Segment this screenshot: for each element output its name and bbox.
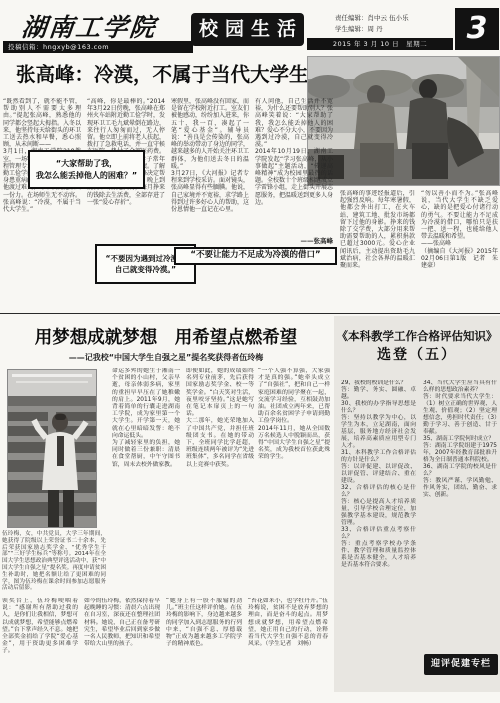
photo-student-in-lecture-hall-art (8, 370, 96, 527)
article2-lower-column-4: “苔花如米小，也学牡丹开。”伍玲梅说，贫困不是放弃梦想的理由，而是奋斗的起点。用… (248, 598, 328, 698)
submission-email-bar: 投稿信箱：hngxyb@163.com (3, 41, 193, 53)
article2-upper-column-3: “一个人强不算强，大家强才是真的强。”她牵头成立了“自强社”，把和自己一样家庭困… (258, 368, 330, 592)
article1-column-5: 张高峰的事迹经报道后，引起强烈反响。每年寒暑假，他都会外出打工，在火车站、建筑工… (340, 190, 415, 310)
panel-title-line2: 选登（五） (334, 344, 500, 364)
photo-student-in-lecture-hall (8, 370, 96, 527)
photo-two-men-by-lake (308, 57, 499, 185)
section-divider-line (0, 313, 500, 314)
article1-headline: 张高峰：冷漠，不属于当代大学生 (16, 59, 308, 87)
panel-qa-column-1: 29、我校的校训是什么？ 答：勤学、务实、圆融、卓越。 30、我校的办学指导思想… (341, 380, 416, 680)
article2-upper-column-2: 即便如此，她的成绩始终名列专业前茅，先后获得国家励志奖学金、校一等奖学金。“白天… (186, 368, 254, 592)
quote-attribution: ——张高峰 (255, 236, 333, 245)
paper-name: 湖南工学院 (20, 8, 193, 40)
evaluation-badge: 迎评促建专栏 (424, 654, 498, 675)
article2-subtitle: ——记我校“中国大学生自强之星”提名奖获得者伍玲梅 (0, 352, 332, 364)
newspaper-page: 湖南工学院 投稿信箱：hngxyb@163.com 校园生活 责任编辑：肖中云 … (0, 0, 500, 703)
article2-lower-column-3: “她身上有一股不服输的劲儿。”班主任这样评价她。在伍玲梅的影响下，身边越来越多的… (166, 598, 242, 698)
section-title-banner: 校园生活 (191, 13, 304, 46)
article1-column-4: 有人问他，自己生活并不宽裕，为什么还要帮助别人？张高峰笑着说：“大家帮助了我，我… (255, 98, 333, 310)
photo-two-men-by-lake-art (308, 57, 499, 185)
pull-quote-banner: “不要让能力不足成为冷漠的借口” (174, 247, 337, 265)
panel-qa-column-2: 34、当代大学生应当具有什么样的思想政治素养？ 答：时代要求当代大学生：（1）树… (423, 380, 497, 648)
article2-headline: 用梦想成就梦想 用希望点燃希望 (0, 324, 332, 348)
photo-caption: 伍玲梅，女，中共党员，大学三年期间，她获得了院级以上荣誉证书二十余本，先后荣获国… (2, 531, 106, 593)
panel-title-line1: 《本科教学工作合格评估知识》 (334, 328, 500, 344)
page-number: 3 (455, 8, 499, 50)
article1-column-6: “勿以善小而不为。”张高峰说，当代大学生不缺乏爱心，缺的是把爱心付诸行动的勇气。… (421, 190, 498, 310)
date-bar: 2015 年 3 月 10 日 星期二 (307, 38, 453, 50)
article2-upper-column-1: 命运多舛的她生于湘南一个贫困的小山村，父亲早逝，母亲体弱多病，家里的重担早早压在… (112, 368, 180, 592)
editor-credits: 责任编辑：肖中云 伍小乐 学生编辑：周 丹 (335, 13, 450, 37)
article1-column-1: “既然看到了，就不能不管，帮助别人不需要太多理由。”提起张高峰，熟悉他的同学都会… (3, 98, 81, 310)
article2-lower-column-2: 如今的伍玲梅，依然保持着早起晚睡的习惯：清晨六点出现在自习室，深夜还在整理社团材… (84, 598, 160, 698)
article2-lower-column-1: 领奖台上，伍玲梅哽咽着说：“感谢所有帮助过我的人，是你们让我相信，梦想可以成就梦… (2, 598, 78, 698)
pull-quote-1: “大家帮助了我， 我怎么能丢掉他人的困难？” (28, 150, 145, 189)
